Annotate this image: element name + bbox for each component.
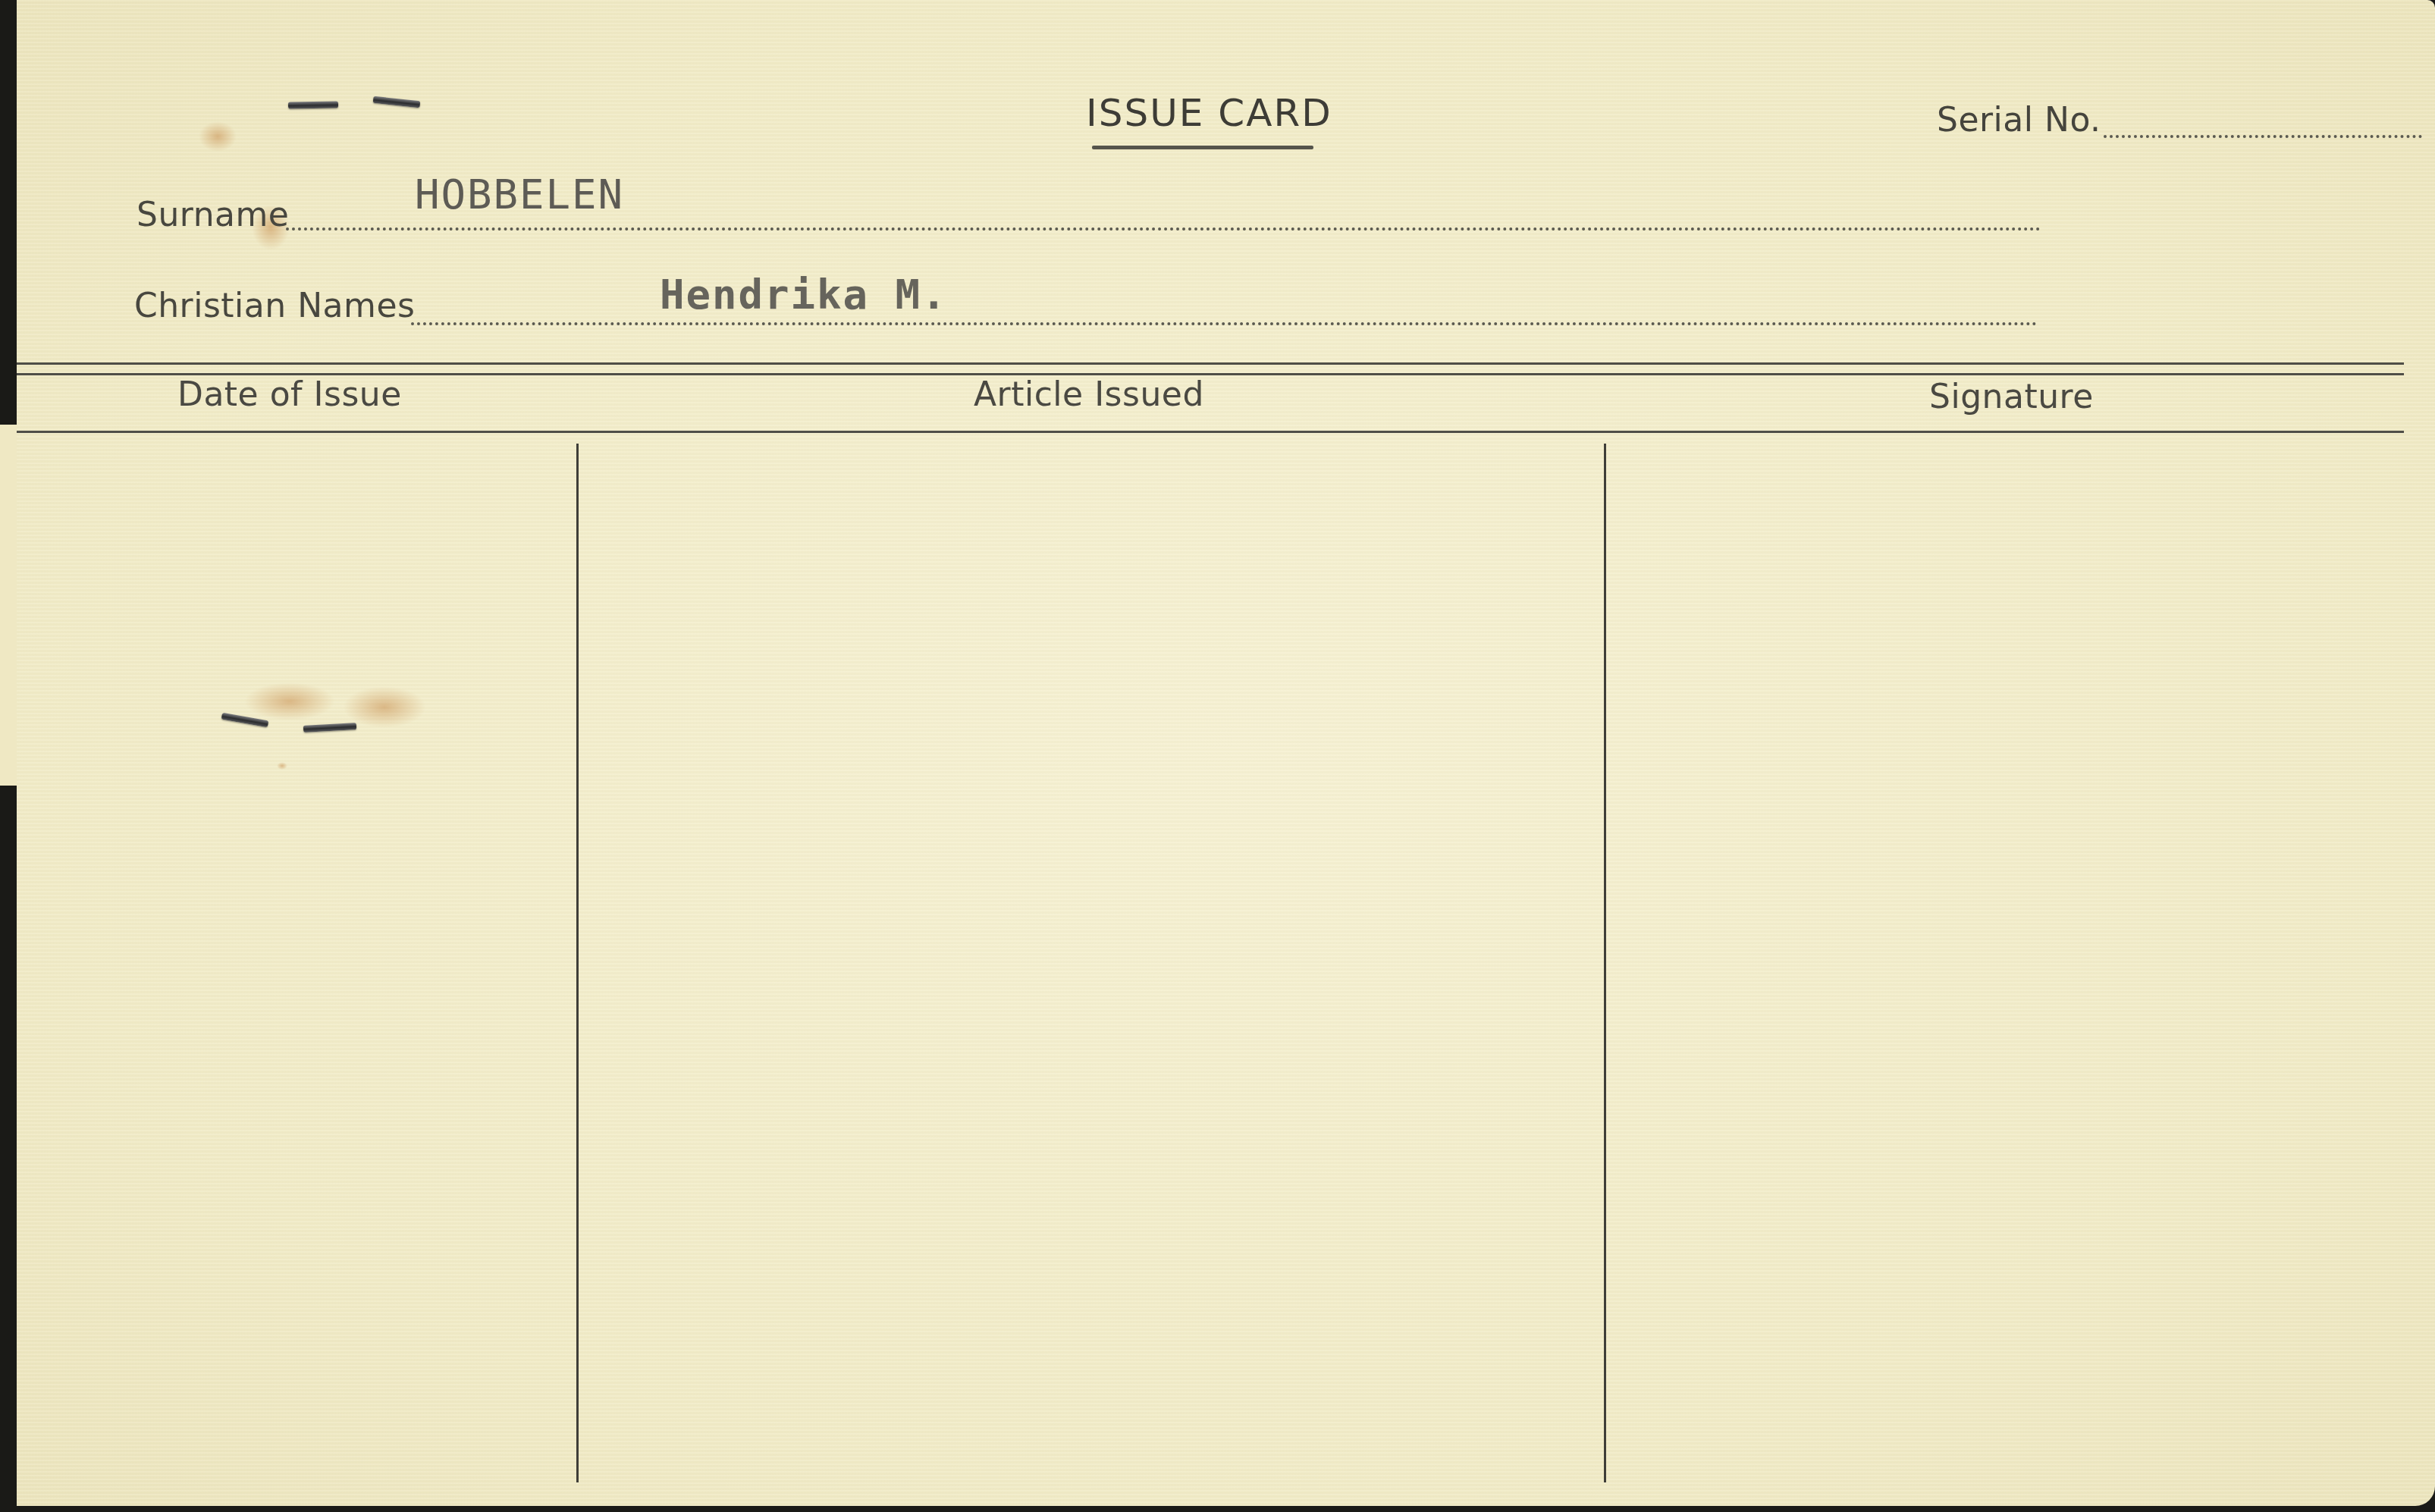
column-header-signature: Signature xyxy=(1929,378,2094,416)
header-bottom-rule xyxy=(17,431,2404,433)
title-underline xyxy=(1092,146,1313,149)
column-header-article-issued: Article Issued xyxy=(974,375,1204,414)
signature-column[interactable] xyxy=(1608,438,2405,1485)
staple-icon xyxy=(288,101,338,108)
surname-label: Surname xyxy=(136,196,289,234)
serial-number-label: Serial No. xyxy=(1937,101,2101,140)
staple-icon xyxy=(373,96,421,108)
column-divider-1 xyxy=(576,444,579,1482)
surname-value: HOBBELEN xyxy=(415,171,624,218)
serial-number-field[interactable] xyxy=(2104,135,2422,138)
date-of-issue-column[interactable] xyxy=(17,438,576,1485)
surname-field[interactable] xyxy=(286,227,2041,231)
header-double-rule-top xyxy=(17,362,2404,365)
article-issued-column[interactable] xyxy=(580,438,1604,1485)
column-header-date-of-issue: Date of Issue xyxy=(177,375,402,414)
christian-names-value: Hendrika M. xyxy=(660,271,948,318)
rust-stain xyxy=(199,121,237,152)
card-edge-strip xyxy=(0,425,18,786)
column-divider-2 xyxy=(1604,444,1606,1482)
card-title: ISSUE CARD xyxy=(1086,91,1332,135)
christian-names-label: Christian Names xyxy=(134,287,415,325)
christian-names-field[interactable] xyxy=(411,322,2038,325)
issue-card: ISSUE CARD Serial No. Surname HOBBELEN C… xyxy=(17,0,2435,1506)
